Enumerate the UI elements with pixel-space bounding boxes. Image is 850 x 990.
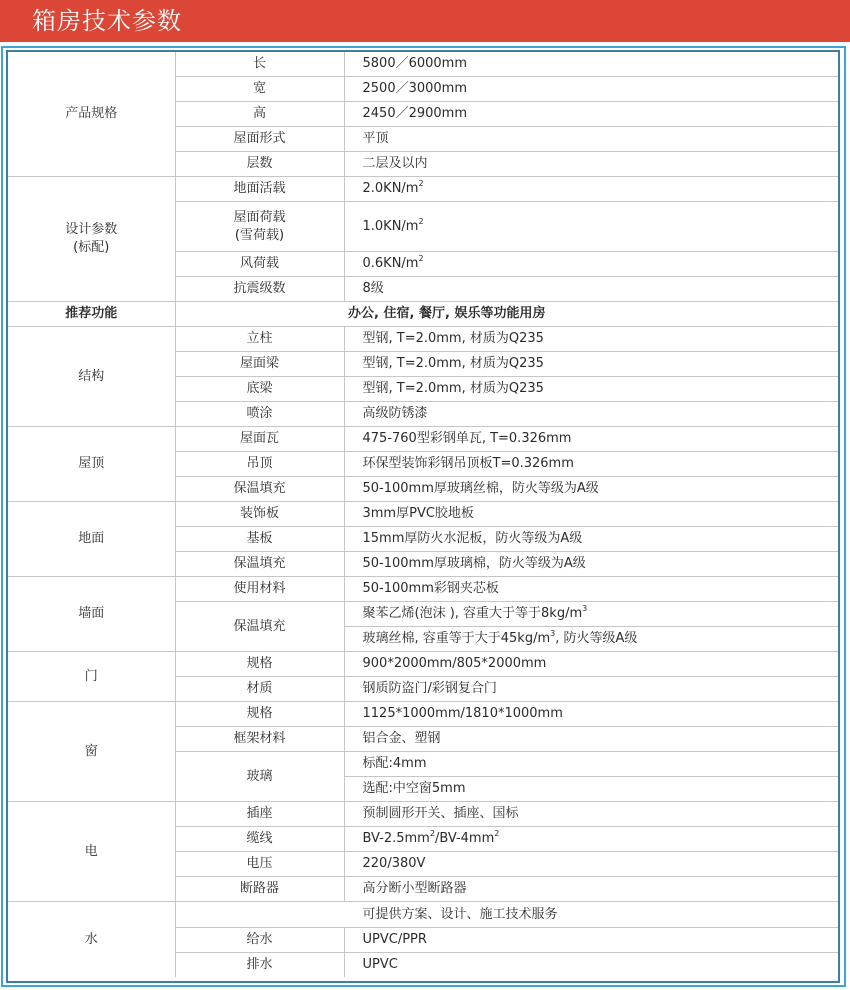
row-label: 屋面荷载 (雪荷载): [175, 202, 344, 252]
row-label: 喷涂: [175, 402, 344, 427]
row-label: 电压: [175, 852, 344, 877]
group-label-recommend: 推荐功能: [8, 302, 175, 327]
row-label: 吊顶: [175, 452, 344, 477]
table-row: 地面 装饰板 3mm厚PVC胶地板: [8, 502, 838, 527]
spec-table: 产品规格 长 5800／6000mm 宽 2500／3000mm 高 2450／…: [8, 52, 838, 977]
row-label: 地面活载: [175, 177, 344, 202]
row-value: BV-2.5mm2/BV-4mm2: [344, 827, 838, 852]
row-label: 规格: [175, 652, 344, 677]
row-label: 使用材料: [175, 577, 344, 602]
table-row: 电 插座 预制圆形开关、插座、国标: [8, 802, 838, 827]
value-text: 玻璃丝棉, 容重等于大于45kg/m: [363, 631, 551, 646]
row-value: 15mm厚防火水泥板，防火等级为A级: [344, 527, 838, 552]
row-label: 宽: [175, 77, 344, 102]
group-label-line: 设计参数: [8, 221, 175, 239]
group-label-design: 设计参数 (标配): [8, 177, 175, 302]
row-value: 220/380V: [344, 852, 838, 877]
superscript: 2: [494, 829, 499, 838]
row-value: 高分断小型断路器: [344, 877, 838, 902]
row-label: 长: [175, 52, 344, 77]
row-label: 保温填充: [175, 477, 344, 502]
table-row: 结构 立柱 型钢, T=2.0mm, 材质为Q235: [8, 327, 838, 352]
table-row: 门 规格 900*2000mm/805*2000mm: [8, 652, 838, 677]
row-value: 2.0KN/m2: [344, 177, 838, 202]
row-value: 选配:中空窗5mm: [344, 777, 838, 802]
row-label: 材质: [175, 677, 344, 702]
row-value: 1125*1000mm/1810*1000mm: [344, 702, 838, 727]
row-label: 保温填充: [175, 602, 344, 652]
row-label: 断路器: [175, 877, 344, 902]
row-value: 3mm厚PVC胶地板: [344, 502, 838, 527]
row-value: 475-760型彩钢单瓦, T=0.326mm: [344, 427, 838, 452]
row-value: 高级防锈漆: [344, 402, 838, 427]
superscript: 3: [582, 604, 587, 613]
row-label: 屋面梁: [175, 352, 344, 377]
table-row: 窗 规格 1125*1000mm/1810*1000mm: [8, 702, 838, 727]
row-value: UPVC/PPR: [344, 928, 838, 953]
row-value: 环保型装饰彩钢吊顶板T=0.326mm: [344, 452, 838, 477]
row-value: 50-100mm厚玻璃棉，防火等级为A级: [344, 552, 838, 577]
superscript: 2: [418, 217, 423, 226]
row-value: 2500／3000mm: [344, 77, 838, 102]
row-value: 平顶: [344, 127, 838, 152]
row-label: 屋面瓦: [175, 427, 344, 452]
row-value: 50-100mm彩钢夹芯板: [344, 577, 838, 602]
row-value: 二层及以内: [344, 152, 838, 177]
row-value: 型钢, T=2.0mm, 材质为Q235: [344, 352, 838, 377]
table-row: 设计参数 (标配) 地面活载 2.0KN/m2: [8, 177, 838, 202]
row-label: 玻璃: [175, 752, 344, 802]
page-title: 箱房技术参数: [32, 4, 182, 38]
table-row: 屋顶 屋面瓦 475-760型彩钢单瓦, T=0.326mm: [8, 427, 838, 452]
page-header: 箱房技术参数: [0, 0, 850, 42]
value-text: , 防火等级A级: [555, 631, 637, 646]
group-label-water: 水: [8, 902, 175, 978]
row-label: 缆线: [175, 827, 344, 852]
row-label: 规格: [175, 702, 344, 727]
row-value: UPVC: [344, 953, 838, 978]
group-label-wall: 墙面: [8, 577, 175, 652]
row-label: 层数: [175, 152, 344, 177]
row-value: 0.6KN/m2: [344, 252, 838, 277]
row-label: 框架材料: [175, 727, 344, 752]
row-label: 屋面形式: [175, 127, 344, 152]
group-label-line: (标配): [8, 239, 175, 257]
row-value: 型钢, T=2.0mm, 材质为Q235: [344, 377, 838, 402]
row-value: 玻璃丝棉, 容重等于大于45kg/m3, 防火等级A级: [344, 627, 838, 652]
row-value: 1.0KN/m2: [344, 202, 838, 252]
table-row: 推荐功能 办公, 住宿, 餐厅, 娱乐等功能用房: [8, 302, 838, 327]
row-value: 50-100mm厚玻璃丝棉，防火等级为A级: [344, 477, 838, 502]
group-label-structure: 结构: [8, 327, 175, 427]
value-text: 0.6KN/m: [363, 256, 419, 271]
superscript: 2: [418, 254, 423, 263]
value-text: /BV-4mm: [435, 831, 494, 846]
row-value: 铝合金、塑钢: [344, 727, 838, 752]
row-label-line: (雪荷载): [176, 227, 344, 245]
table-row: 墙面 使用材料 50-100mm彩钢夹芯板: [8, 577, 838, 602]
row-label: 底梁: [175, 377, 344, 402]
row-value: 钢质防盗门/彩钢复合门: [344, 677, 838, 702]
row-label: 风荷载: [175, 252, 344, 277]
row-value: 聚苯乙烯(泡沫 ), 容重大于等于8kg/m3: [344, 602, 838, 627]
row-label: 基板: [175, 527, 344, 552]
row-value: 5800／6000mm: [344, 52, 838, 77]
group-label-floor: 地面: [8, 502, 175, 577]
row-value: 2450／2900mm: [344, 102, 838, 127]
row-label: 给水: [175, 928, 344, 953]
row-label: 插座: [175, 802, 344, 827]
group-label-window: 窗: [8, 702, 175, 802]
water-service-value: 可提供方案、设计、施工技术服务: [175, 902, 838, 928]
row-value: 型钢, T=2.0mm, 材质为Q235: [344, 327, 838, 352]
group-label-electric: 电: [8, 802, 175, 902]
row-value: 标配:4mm: [344, 752, 838, 777]
recommend-value: 办公, 住宿, 餐厅, 娱乐等功能用房: [175, 302, 838, 327]
superscript: 2: [418, 179, 423, 188]
value-text: 1.0KN/m: [363, 219, 419, 234]
group-label-door: 门: [8, 652, 175, 702]
value-text: 聚苯乙烯(泡沫 ), 容重大于等于8kg/m: [363, 606, 583, 621]
group-label-roof: 屋顶: [8, 427, 175, 502]
value-text: 2.0KN/m: [363, 181, 419, 196]
row-label: 装饰板: [175, 502, 344, 527]
row-label: 排水: [175, 953, 344, 978]
row-value: 8级: [344, 277, 838, 302]
row-value: 900*2000mm/805*2000mm: [344, 652, 838, 677]
row-label-line: 屋面荷载: [176, 209, 344, 227]
table-row: 产品规格 长 5800／6000mm: [8, 52, 838, 77]
row-label: 立柱: [175, 327, 344, 352]
row-label: 保温填充: [175, 552, 344, 577]
table-row: 水 可提供方案、设计、施工技术服务: [8, 902, 838, 928]
row-label: 抗震级数: [175, 277, 344, 302]
row-value: 预制圆形开关、插座、国标: [344, 802, 838, 827]
group-label-spec: 产品规格: [8, 52, 175, 177]
spec-table-container: 产品规格 长 5800／6000mm 宽 2500／3000mm 高 2450／…: [6, 50, 840, 983]
value-text: BV-2.5mm: [363, 831, 430, 846]
row-label: 高: [175, 102, 344, 127]
